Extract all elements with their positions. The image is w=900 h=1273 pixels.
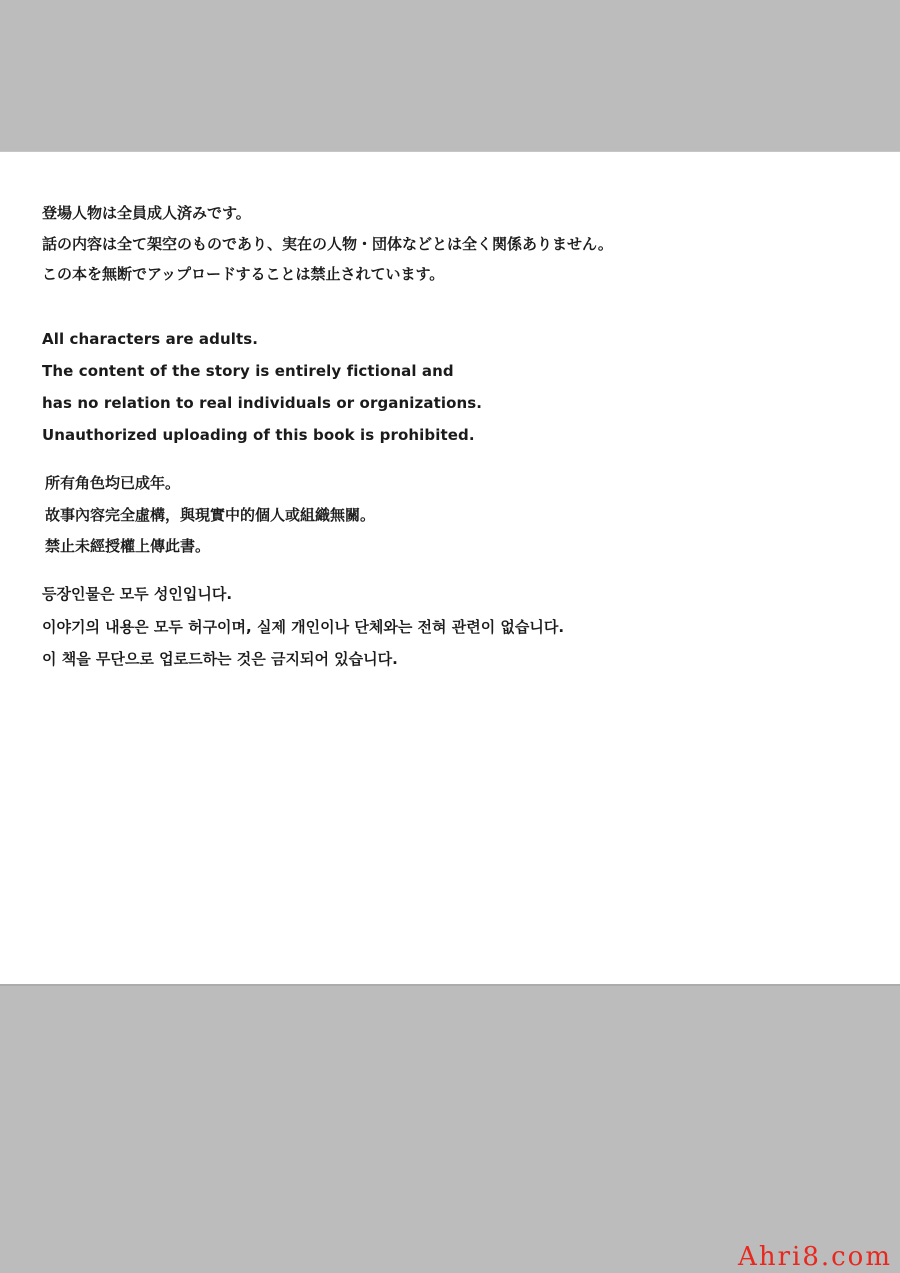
disclaimer-english: All characters are adults. The content o… [42, 323, 482, 451]
disclaimer-korean: 등장인물은 모두 성인입니다. 이야기의 내용은 모두 허구이며, 실제 개인이… [42, 578, 564, 676]
disclaimer-korean-line-1: 등장인물은 모두 성인입니다. [42, 578, 564, 611]
disclaimer-chinese: 所有角色均已成年。 故事內容完全虛構，與現實中的個人或組織無關。 禁止未經授權上… [45, 468, 375, 563]
disclaimer-english-line-1: All characters are adults. [42, 323, 482, 355]
disclaimer-chinese-line-3: 禁止未經授權上傳此書。 [45, 531, 375, 563]
disclaimer-korean-line-2: 이야기의 내용은 모두 허구이며, 실제 개인이나 단체와는 전혀 관련이 없습… [42, 611, 564, 644]
disclaimer-japanese-line-2: 話の内容は全て架空のものであり、実在の人物・団体などとは全く関係ありません。 [42, 229, 613, 260]
disclaimer-english-line-3: has no relation to real individuals or o… [42, 387, 482, 419]
disclaimer-chinese-line-2: 故事內容完全虛構，與現實中的個人或組織無關。 [45, 500, 375, 532]
disclaimer-english-line-4: Unauthorized uploading of this book is p… [42, 419, 482, 451]
disclaimer-chinese-line-1: 所有角色均已成年。 [45, 468, 375, 500]
disclaimer-japanese-line-3: この本を無断でアップロードすることは禁止されています。 [42, 259, 613, 290]
top-gray-bar [0, 0, 900, 152]
watermark-text: Ahri8.com [738, 1242, 892, 1272]
disclaimer-japanese: 登場人物は全員成人済みです。 話の内容は全て架空のものであり、実在の人物・団体な… [42, 198, 613, 290]
disclaimer-english-line-2: The content of the story is entirely fic… [42, 355, 482, 387]
disclaimer-japanese-line-1: 登場人物は全員成人済みです。 [42, 198, 613, 229]
disclaimer-korean-line-3: 이 책을 무단으로 업로드하는 것은 금지되어 있습니다. [42, 643, 564, 676]
bottom-gray-bar: Ahri8.com [0, 984, 900, 1273]
